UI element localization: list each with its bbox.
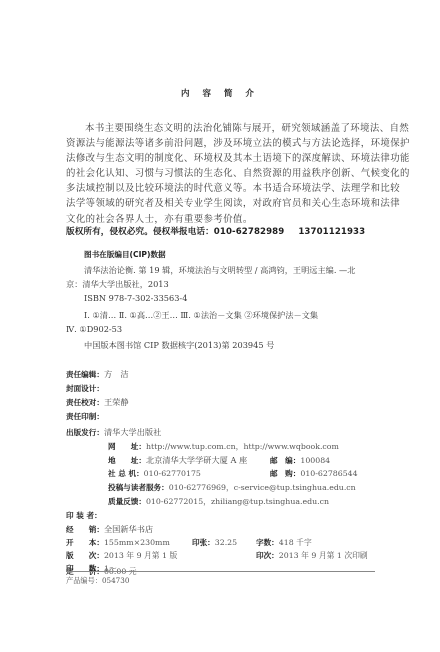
cip-class-line2: Ⅳ. ①D902-53 [66, 324, 122, 334]
cip-entry-line1: 清华法治论衡. 第 19 辑，环境法治与文明转型 / 高鸿钧，王明远主编. —北 [84, 265, 355, 276]
cip-entry-line2: 京：清华大学出版社，2013 [66, 279, 169, 290]
cip-class-line1: Ⅰ. ①清… Ⅱ. ①高…②王… Ⅲ. ①法治－文集 ②环境保护法－文集 [84, 310, 318, 321]
impression-row: 印次：2013 年 9 月第 1 次印刷 [256, 543, 368, 562]
copyright-phone2: 13701121933 [298, 227, 365, 237]
copyright-notice: 版权所有，侵权必究。侵权举报电话：010-6278298913701121933 [66, 225, 365, 237]
cip-isbn: ISBN 978-7-302-33563-4 [84, 293, 187, 303]
sheets-value: 32.25 [215, 538, 237, 547]
summary-line: 法修改与生态文明的制度化、环境权及其本土语境下的深度解读、环境法律功能 [66, 151, 374, 166]
quality-value: 010-62772015，zhiliang@tup.tsinghua.edu.c… [146, 497, 329, 506]
impression-value: 2013 年 9 月第 1 次印刷 [279, 551, 368, 560]
product-number: 产品编号：054730 [66, 576, 129, 586]
summary-line: 多法域控制以及比较环境法的时代意义等。本书适合环境法学、法理学和比较 [66, 181, 374, 196]
publisher-quality-row: 质量反馈：010-62772015，zhiliang@tup.tsinghua.… [108, 489, 329, 508]
quality-label: 质量反馈： [108, 497, 146, 506]
summary-line: 资源法与能源法等诸多前沿问题，涉及环境立法的模式与方法论选择，环境保护 [66, 136, 374, 151]
summary-line: 法学等领域的研究者及相关专业学生阅读，对政府官员和关心生态环境和法律 [66, 196, 374, 211]
product-label: 产品编号： [66, 576, 102, 585]
impression-label: 印次： [256, 551, 279, 560]
summary-line: 的社会化认知、习惯与习惯法的生态化、自然资源的用益秩序创新、气候变化的 [66, 166, 374, 181]
credit-value: 方 洁 [104, 369, 129, 379]
sheets-row: 印张：32.25 [192, 530, 237, 549]
divider-line [66, 571, 375, 572]
sheets-label: 印张： [192, 538, 215, 547]
copyright-text: 版权所有，侵权必究。侵权举报电话：010-62782989 [66, 227, 284, 237]
publisher-label: 出版发行： [66, 428, 104, 437]
credit-value: 王荣静 [104, 397, 129, 407]
summary-line: 本书主要围绕生态文明的法治化铺陈与展开，研究领域涵盖了环境法、自然 [66, 121, 374, 136]
summary-paragraph: 本书主要围绕生态文明的法治化铺陈与展开，研究领域涵盖了环境法、自然 资源法与能源… [66, 121, 374, 227]
cip-heading: 图书在版编目(CIP)数据 [84, 249, 166, 260]
cip-record: 中国版本图书馆 CIP 数据核字(2013)第 203945 号 [84, 340, 274, 351]
product-code: 054730 [102, 576, 129, 585]
summary-title: 内 容 简 介 [0, 87, 440, 99]
